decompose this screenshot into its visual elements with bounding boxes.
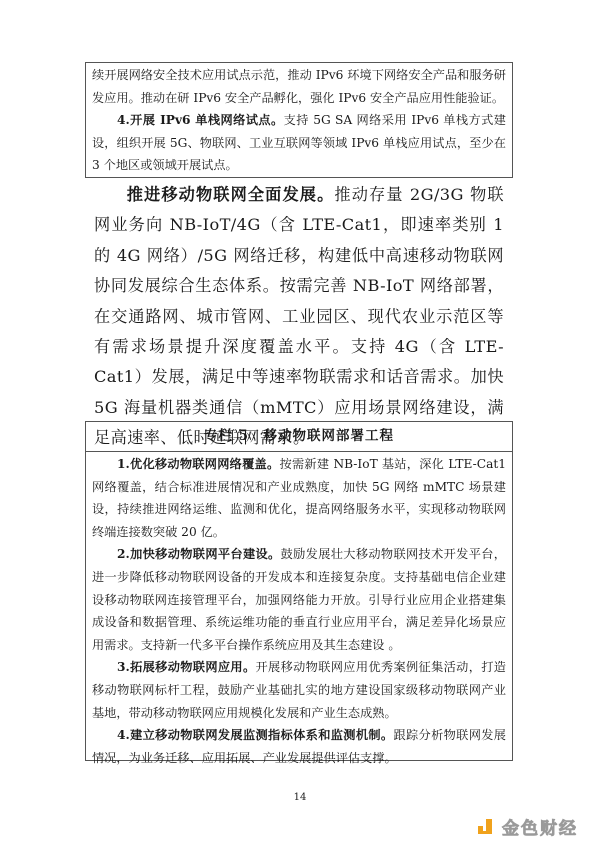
- box-title: 专栏 5 移动物联网部署工程: [86, 422, 512, 452]
- item-heading: 1.优化移动物联网网络覆盖。: [117, 457, 279, 471]
- item-heading: 3.拓展移动物联网应用。: [117, 660, 256, 674]
- box-column-5: 专栏 5 移动物联网部署工程 1.优化移动物联网网络覆盖。按需新建 NB-IoT…: [85, 421, 513, 761]
- box-item: 4.建立移动物联网发展监测指标体系和监测机制。跟踪分析物联网发展情况，为业务迁移…: [92, 724, 506, 769]
- box-item: 1.优化移动物联网网络覆盖。按需新建 NB-IoT 基站，深化 LTE-Cat1…: [92, 453, 506, 543]
- box-item: 3.拓展移动物联网应用。开展移动物联网应用优秀案例征集活动，打造移动物联网标杆工…: [92, 656, 506, 724]
- watermark-logo-icon: [478, 817, 496, 835]
- watermark: 金色财经: [478, 815, 578, 837]
- main-paragraph-text: 推动存量 2G/3G 物联网业务向 NB-IoT/4G（含 LTE-Cat1，即…: [94, 185, 504, 447]
- item-heading: 2.加快移动物联网平台建设。: [117, 547, 281, 561]
- paragraph-heading: 4.开展 IPv6 单栈网络试点。: [117, 113, 284, 127]
- box-paragraph: 续开展网络安全技术应用试点示范，推动 IPv6 环境下网络安全产品和服务研发应用…: [92, 64, 506, 109]
- box-ipv6-continuation: 续开展网络安全技术应用试点示范，推动 IPv6 环境下网络安全产品和服务研发应用…: [85, 62, 513, 178]
- paragraph-text: 续开展网络安全技术应用试点示范，推动 IPv6 环境下网络安全产品和服务研发应用…: [92, 68, 506, 105]
- watermark-text: 金色财经: [502, 814, 578, 839]
- item-heading: 4.建立移动物联网发展监测指标体系和监测机制。: [117, 728, 393, 742]
- page-number: 14: [0, 792, 600, 803]
- item-text: 鼓励发展壮大移动物联网技术开发平台，进一步降低移动物联网设备的开发成本和连接复杂…: [92, 547, 506, 651]
- box-paragraph: 4.开展 IPv6 单栈网络试点。支持 5G SA 网络采用 IPv6 单栈方式…: [92, 109, 506, 177]
- box-body: 1.优化移动物联网网络覆盖。按需新建 NB-IoT 基站，深化 LTE-Cat1…: [86, 452, 512, 769]
- main-paragraph: 推进移动物联网全面发展。推动存量 2G/3G 物联网业务向 NB-IoT/4G（…: [94, 180, 504, 454]
- main-paragraph-heading: 推进移动物联网全面发展。: [126, 185, 334, 204]
- box-item: 2.加快移动物联网平台建设。鼓励发展壮大移动物联网技术开发平台，进一步降低移动物…: [92, 543, 506, 656]
